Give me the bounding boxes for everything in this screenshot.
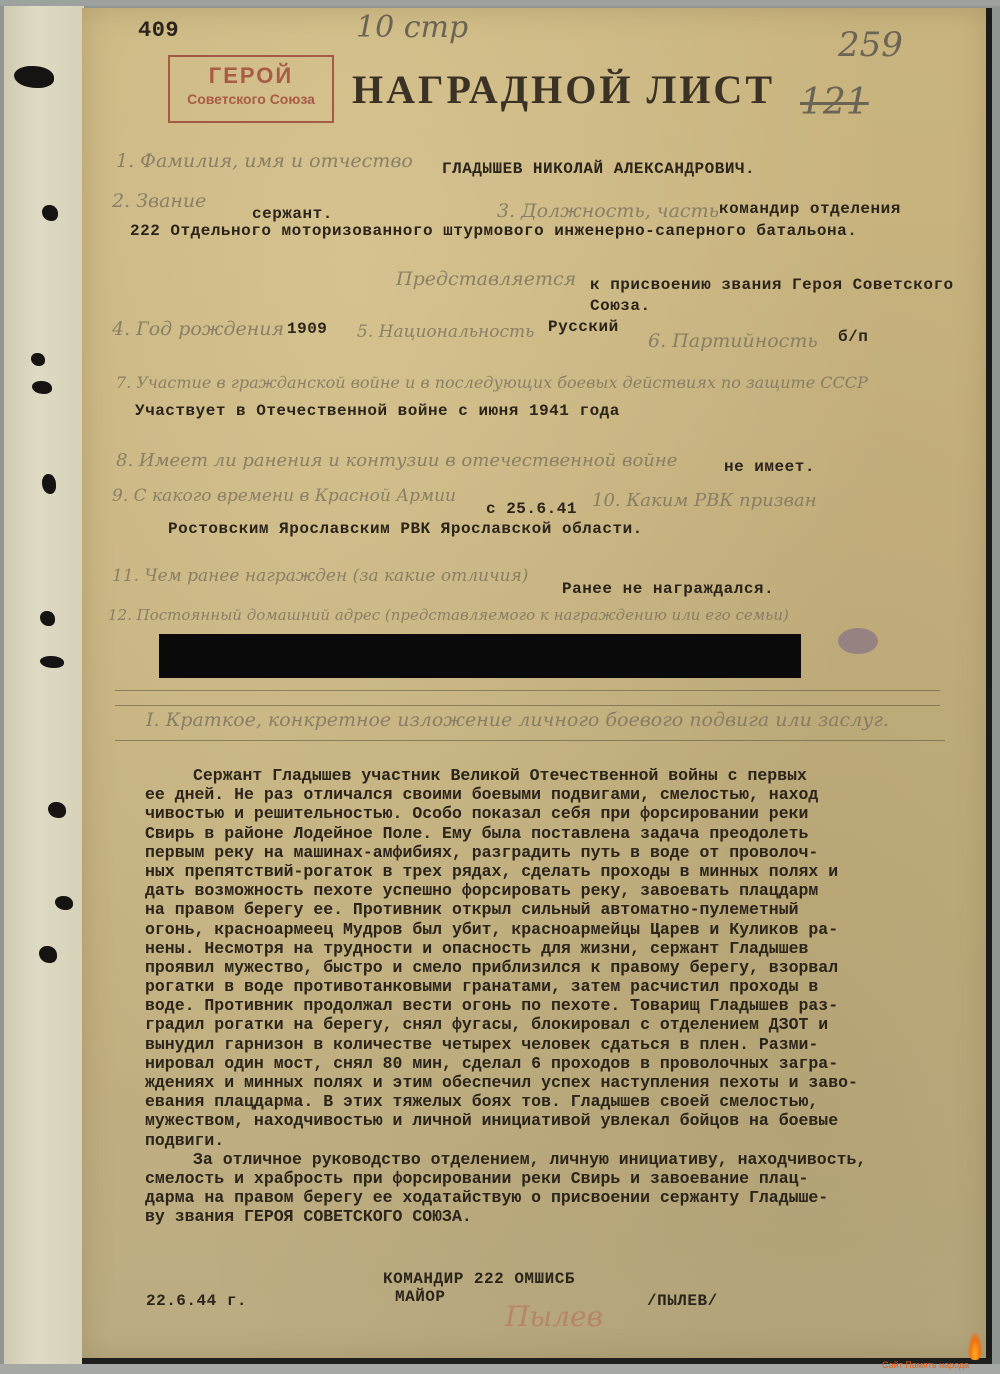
field-value-unit: 222 Отдельного моторизованного штурмовог… — [130, 222, 857, 240]
field-label-rank: 2. Звание — [112, 190, 206, 212]
narrative-line: дарма на правом берегу ее ходатайствую о… — [145, 1188, 975, 1207]
narrative-line: мужеством, находчивостью и личной инициа… — [145, 1111, 975, 1130]
presented-text: к присвоению звания Героя Советского Сою… — [590, 276, 954, 315]
frame-bottom-strip — [0, 1364, 1000, 1374]
narrative-line: евания плацдарма. В этих тяжелых боях то… — [145, 1092, 975, 1111]
stamp-line-1: ГЕРОЙ — [170, 63, 332, 89]
binding-hole — [32, 381, 52, 394]
binding-hole — [55, 896, 73, 910]
field-value-drafted-by: Ростовским Ярославским РВК Ярославской о… — [168, 520, 643, 538]
field-value-prior-service: Участвует в Отечественной войне с июня 1… — [135, 402, 620, 420]
binding-hole — [39, 946, 57, 963]
field-label-drafted-by: 10. Каким РВК призван — [592, 490, 817, 511]
watermark: Сайт Память народа — [882, 1360, 969, 1370]
narrative-line: дать возможность пехоте успешно форсиров… — [145, 881, 975, 900]
signature-date: 22.6.44 г. — [146, 1292, 247, 1310]
narrative-line: ных препятствий-рогаток в трех рядах, сд… — [145, 862, 975, 881]
binding-hole — [48, 802, 66, 818]
field-label-presented: Представляется — [396, 268, 576, 290]
narrative-line: первым реку на машинах-амфибиях, разград… — [145, 843, 975, 862]
signature-rank: МАЙОР — [395, 1288, 446, 1306]
signature-title: КОМАНДИР 222 ОМШИСБ — [383, 1270, 575, 1288]
divider — [115, 690, 940, 691]
field-label-prior-service: 7. Участие в гражданской войне и в после… — [116, 373, 868, 392]
narrative-line: рогатки в воде противотанковыми гранатам… — [145, 977, 975, 996]
field-value-position: командир отделения — [719, 200, 901, 218]
narrative-line: вынудил гарнизон в количестве четырех че… — [145, 1035, 975, 1054]
field-label-position: 3. Должность, часть — [497, 200, 719, 222]
narrative-line: воде. Противник продолжал вести огонь по… — [145, 996, 975, 1015]
field-value-rank: сержант. — [252, 205, 333, 223]
narrative-line: нены. Несмотря на трудности и опасность … — [145, 939, 975, 958]
narrative-line: градил рогатки на берегу, снял фугасы, б… — [145, 1015, 975, 1034]
narrative-line: чивостью и решительностью. Особо показал… — [145, 804, 975, 823]
binding-hole — [40, 611, 55, 626]
narrative-line: За отличное руководство отделением, личн… — [145, 1150, 975, 1169]
document-number: 409 — [138, 18, 179, 43]
narrative-line: ее дней. Не раз отличался своими боевыми… — [145, 785, 975, 804]
field-value-presented: к присвоению звания Героя Советского Сою… — [590, 275, 990, 317]
binding-hole — [42, 474, 56, 494]
redacted-address — [159, 634, 801, 678]
field-value-wounds: не имеет. — [724, 458, 815, 476]
frame-right — [986, 8, 992, 1360]
narrative-line: подвиги. — [145, 1131, 975, 1150]
narrative-line: огонь, красноармеец Мудров был убит, кра… — [145, 920, 975, 939]
handwritten-page-note: 10 стр — [356, 10, 468, 45]
stamp-line-2: Советского Союза — [170, 91, 332, 107]
binding-hole — [40, 656, 64, 668]
field-value-name: ГЛАДЫШЕВ НИКОЛАЙ АЛЕКСАНДРОВИЧ. — [442, 160, 755, 178]
field-value-birth-year: 1909 — [287, 320, 327, 338]
field-value-prior-awards: Ранее не награждался. — [562, 580, 774, 598]
narrative-line: Сержант Гладышев участник Великой Отечес… — [145, 766, 975, 785]
section-heading: I. Краткое, конкретное изложение личного… — [146, 709, 889, 731]
frame-top — [0, 0, 1000, 6]
divider — [115, 705, 940, 706]
narrative-line: смелость и храбрость при форсировании ре… — [145, 1169, 975, 1188]
field-label-wounds: 8. Имеет ли ранения и контузии в отечест… — [116, 450, 677, 471]
field-label-nationality: 5. Национальность — [357, 322, 534, 342]
ink-stamp-smudge — [838, 628, 878, 654]
field-value-nationality: Русский — [548, 318, 619, 336]
field-value-party: б/п — [838, 328, 868, 346]
signature-name: /ПЫЛЕВ/ — [647, 1292, 718, 1310]
handwritten-corner-number-struck: 121 — [800, 82, 869, 123]
field-label-name: 1. Фамилия, имя и отчество — [116, 150, 413, 172]
narrative-line: ву звания ГЕРОЯ СОВЕТСКОГО СОЮЗА. — [145, 1207, 975, 1226]
narrative-line: ждениях и минных полях и этим обеспечил … — [145, 1073, 975, 1092]
flame-logo-icon — [968, 1332, 982, 1360]
page-title: НАГРАДНОЙ ЛИСТ — [352, 66, 775, 113]
field-value-army-since: с 25.6.41 — [486, 500, 577, 518]
field-label-address: 12. Постоянный домашний адрес (представл… — [108, 606, 789, 624]
narrative-line: проявил мужество, быстро и смело приблиз… — [145, 958, 975, 977]
hero-stamp: ГЕРОЙ Советского Союза — [168, 55, 334, 123]
handwritten-signature: Пылев — [505, 1300, 603, 1333]
divider — [115, 740, 945, 741]
field-label-birth-year: 4. Год рождения — [112, 318, 284, 340]
field-label-party: 6. Партийность — [648, 330, 818, 352]
field-label-prior-awards: 11. Чем ранее награжден (за какие отличи… — [112, 566, 528, 586]
field-label-army-since: 9. С какого времени в Красной Армии — [112, 486, 456, 506]
handwritten-corner-number: 259 — [838, 25, 903, 65]
narrative-line: Свирь в районе Лодейное Поле. Ему была п… — [145, 824, 975, 843]
narrative: Сержант Гладышев участник Великой Отечес… — [145, 766, 975, 1227]
binding-hole — [42, 205, 58, 221]
narrative-line: нировал один мост, снял 80 мин, сделал 6… — [145, 1054, 975, 1073]
binding-hole — [31, 353, 45, 366]
narrative-line: на правом берегу ее. Противник открыл си… — [145, 900, 975, 919]
